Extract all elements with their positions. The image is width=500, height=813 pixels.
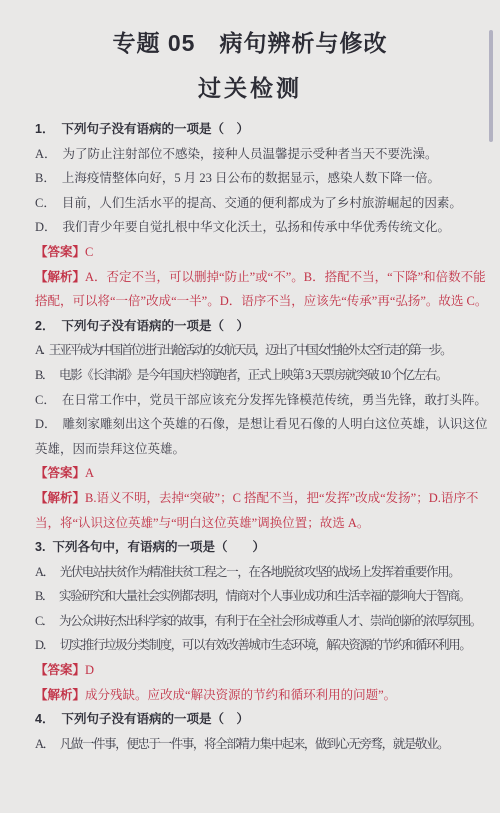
analysis-text: B.语义不明，去掉“突破”；C 搭配不当，把“发挥”改成“发扬”；D.语序不当，… bbox=[35, 491, 478, 530]
analysis-row: 【解析】B.语义不明，去掉“突破”；C 搭配不当，把“发挥”改成“发扬”；D.语… bbox=[35, 486, 492, 535]
option-label: A． bbox=[35, 737, 54, 751]
question-3: 3.下列各句中，有语病的一项是（ ） A．光伏电站扶贫作为精准扶贫工程之一，在各… bbox=[35, 535, 492, 707]
question-list: 1．下列句子没有语病的一项是（ ） A．为了防止注射部位不感染，接种人员温馨提示… bbox=[35, 117, 492, 756]
answer-row: 【答案】A bbox=[35, 461, 492, 486]
analysis-label: 【解析】 bbox=[35, 688, 85, 702]
option-text: 光伏电站扶贫作为精准扶贫工程之一，在各地脱贫攻坚的战场上发挥着重要作用。 bbox=[60, 565, 460, 579]
option-text: 雕刻家雕刻出这个英雄的石像，是想让看见石像的人明白这位英雄，认识这位英雄，因而崇… bbox=[35, 417, 488, 456]
option-label: D． bbox=[35, 638, 54, 652]
answer-value: D bbox=[85, 663, 94, 677]
option-text: 实验研究和大量社会实例都表明，情商对个人事业成功和生活幸福的影响大于智商。 bbox=[59, 589, 470, 603]
option-label: A． bbox=[35, 147, 57, 161]
analysis-row: 【解析】成分残缺。应改成“解决资源的节约和循环利用的问题”。 bbox=[35, 683, 492, 708]
option-row: C．为公众讲好杰出科学家的故事，有利于在全社会形成尊重人才、崇尚创新的浓厚氛围。 bbox=[35, 609, 492, 634]
option-label: C． bbox=[35, 393, 56, 407]
option-text: 王亚平成为中国首位进行出舱活动的女航天员，迈出了中国女性舱外太空行走的第一步。 bbox=[49, 343, 451, 357]
question-header: 1．下列句子没有语病的一项是（ ） bbox=[35, 117, 492, 142]
document-page: 专题 05 病句辨析与修改 过关检测 1．下列句子没有语病的一项是（ ） A．为… bbox=[0, 0, 500, 756]
scrollbar-thumb[interactable] bbox=[489, 30, 493, 142]
option-row: A．光伏电站扶贫作为精准扶贫工程之一，在各地脱贫攻坚的战场上发挥着重要作用。 bbox=[35, 560, 492, 585]
option-label: D． bbox=[35, 220, 57, 234]
question-number: 4． bbox=[35, 712, 54, 726]
option-label: B． bbox=[35, 171, 56, 185]
answer-label: 【答案】 bbox=[35, 466, 85, 480]
option-row: B．上海疫情整体向好，5 月 23 日公布的数据显示，感染人数下降一倍。 bbox=[35, 166, 492, 191]
question-header: 2．下列句子没有语病的一项是（ ） bbox=[35, 314, 492, 339]
option-text: 我们青少年要自觉扎根中华文化沃土，弘扬和传承中华优秀传统文化。 bbox=[63, 220, 451, 234]
question-stem: 下列句子没有语病的一项是（ ） bbox=[61, 319, 249, 333]
option-row: C．在日常工作中，党员干部应该充分发挥先锋模范传统，勇当先锋，敢打头阵。 bbox=[35, 388, 492, 413]
answer-label: 【答案】 bbox=[35, 663, 85, 677]
option-text: 在日常工作中，党员干部应该充分发挥先锋模范传统，勇当先锋，敢打头阵。 bbox=[62, 393, 487, 407]
question-number: 1． bbox=[35, 122, 54, 136]
option-row: C．目前，人们生活水平的提高、交通的便利都成为了乡村旅游崛起的因素。 bbox=[35, 191, 492, 216]
analysis-label: 【解析】 bbox=[35, 491, 85, 505]
option-label: B． bbox=[35, 368, 53, 382]
question-stem: 下列句子没有语病的一项是（ ） bbox=[61, 712, 249, 726]
question-4: 4．下列句子没有语病的一项是（ ） A．凡做一件事，便忠于一件事，将全部精力集中… bbox=[35, 707, 492, 756]
option-row: A.王亚平成为中国首位进行出舱活动的女航天员，迈出了中国女性舱外太空行走的第一步… bbox=[35, 338, 492, 363]
option-text: 目前，人们生活水平的提高、交通的便利都成为了乡村旅游崛起的因素。 bbox=[62, 196, 462, 210]
question-stem: 下列各句中，有语病的一项是（ ） bbox=[52, 540, 265, 554]
option-row: D．切实推行垃圾分类制度，可以有效改善城市生态环境，解决资源的节约和循环利用。 bbox=[35, 633, 492, 658]
option-label: A． bbox=[35, 565, 54, 579]
option-label: C． bbox=[35, 196, 56, 210]
option-text: 切实推行垃圾分类制度，可以有效改善城市生态环境，解决资源的节约和循环利用。 bbox=[60, 638, 471, 652]
option-label: A. bbox=[35, 343, 43, 357]
answer-value: C bbox=[85, 245, 93, 259]
option-row: A．凡做一件事，便忠于一件事，将全部精力集中起来，做到心无旁骛，就是敬业。 bbox=[35, 732, 492, 757]
option-text: 上海疫情整体向好，5 月 23 日公布的数据显示，感染人数下降一倍。 bbox=[62, 171, 440, 185]
question-stem: 下列句子没有语病的一项是（ ） bbox=[61, 122, 249, 136]
question-header: 3.下列各句中，有语病的一项是（ ） bbox=[35, 535, 492, 560]
option-row: B．实验研究和大量社会实例都表明，情商对个人事业成功和生活幸福的影响大于智商。 bbox=[35, 584, 492, 609]
option-row: B．电影《长津湖》是今年国庆档领跑者，正式上映第 3 天票房就突破 10 个亿左… bbox=[35, 363, 492, 388]
option-text: 为公众讲好杰出科学家的故事，有利于在全社会形成尊重人才、崇尚创新的浓厚氛围。 bbox=[59, 614, 481, 628]
option-label: B． bbox=[35, 589, 53, 603]
analysis-row: 【解析】A．否定不当，可以删掉“防止”或“不”。B．搭配不当，“下降”和倍数不能… bbox=[35, 265, 492, 314]
doc-title: 专题 05 病句辨析与修改 bbox=[35, 28, 465, 58]
option-label: C． bbox=[35, 614, 53, 628]
option-row: A．为了防止注射部位不感染，接种人员温馨提示受种者当天不要洗澡。 bbox=[35, 142, 492, 167]
analysis-text: 成分残缺。应改成“解决资源的节约和循环利用的问题”。 bbox=[85, 688, 396, 702]
question-number: 2． bbox=[35, 319, 54, 333]
option-text: 凡做一件事，便忠于一件事，将全部精力集中起来，做到心无旁骛，就是敬业。 bbox=[60, 737, 449, 751]
analysis-label: 【解析】 bbox=[35, 270, 85, 284]
analysis-text: A．否定不当，可以删掉“防止”或“不”。B．搭配不当，“下降”和倍数不能搭配，可… bbox=[35, 270, 487, 309]
question-2: 2．下列句子没有语病的一项是（ ） A.王亚平成为中国首位进行出舱活动的女航天员… bbox=[35, 314, 492, 535]
option-row: D．雕刻家雕刻出这个英雄的石像，是想让看见石像的人明白这位英雄，认识这位英雄，因… bbox=[35, 412, 492, 461]
answer-row: 【答案】C bbox=[35, 240, 492, 265]
question-number: 3. bbox=[35, 540, 45, 554]
answer-label: 【答案】 bbox=[35, 245, 85, 259]
scrollbar[interactable] bbox=[488, 0, 493, 813]
option-text: 电影《长津湖》是今年国庆档领跑者，正式上映第 3 天票房就突破 10 个亿左右。 bbox=[59, 368, 447, 382]
question-1: 1．下列句子没有语病的一项是（ ） A．为了防止注射部位不感染，接种人员温馨提示… bbox=[35, 117, 492, 314]
option-label: D． bbox=[35, 417, 57, 431]
option-row: D．我们青少年要自觉扎根中华文化沃土，弘扬和传承中华优秀传统文化。 bbox=[35, 215, 492, 240]
doc-subtitle: 过关检测 bbox=[35, 74, 465, 103]
answer-value: A bbox=[85, 466, 94, 480]
question-header: 4．下列句子没有语病的一项是（ ） bbox=[35, 707, 492, 732]
answer-row: 【答案】D bbox=[35, 658, 492, 683]
option-text: 为了防止注射部位不感染，接种人员温馨提示受种者当天不要洗澡。 bbox=[63, 147, 438, 161]
